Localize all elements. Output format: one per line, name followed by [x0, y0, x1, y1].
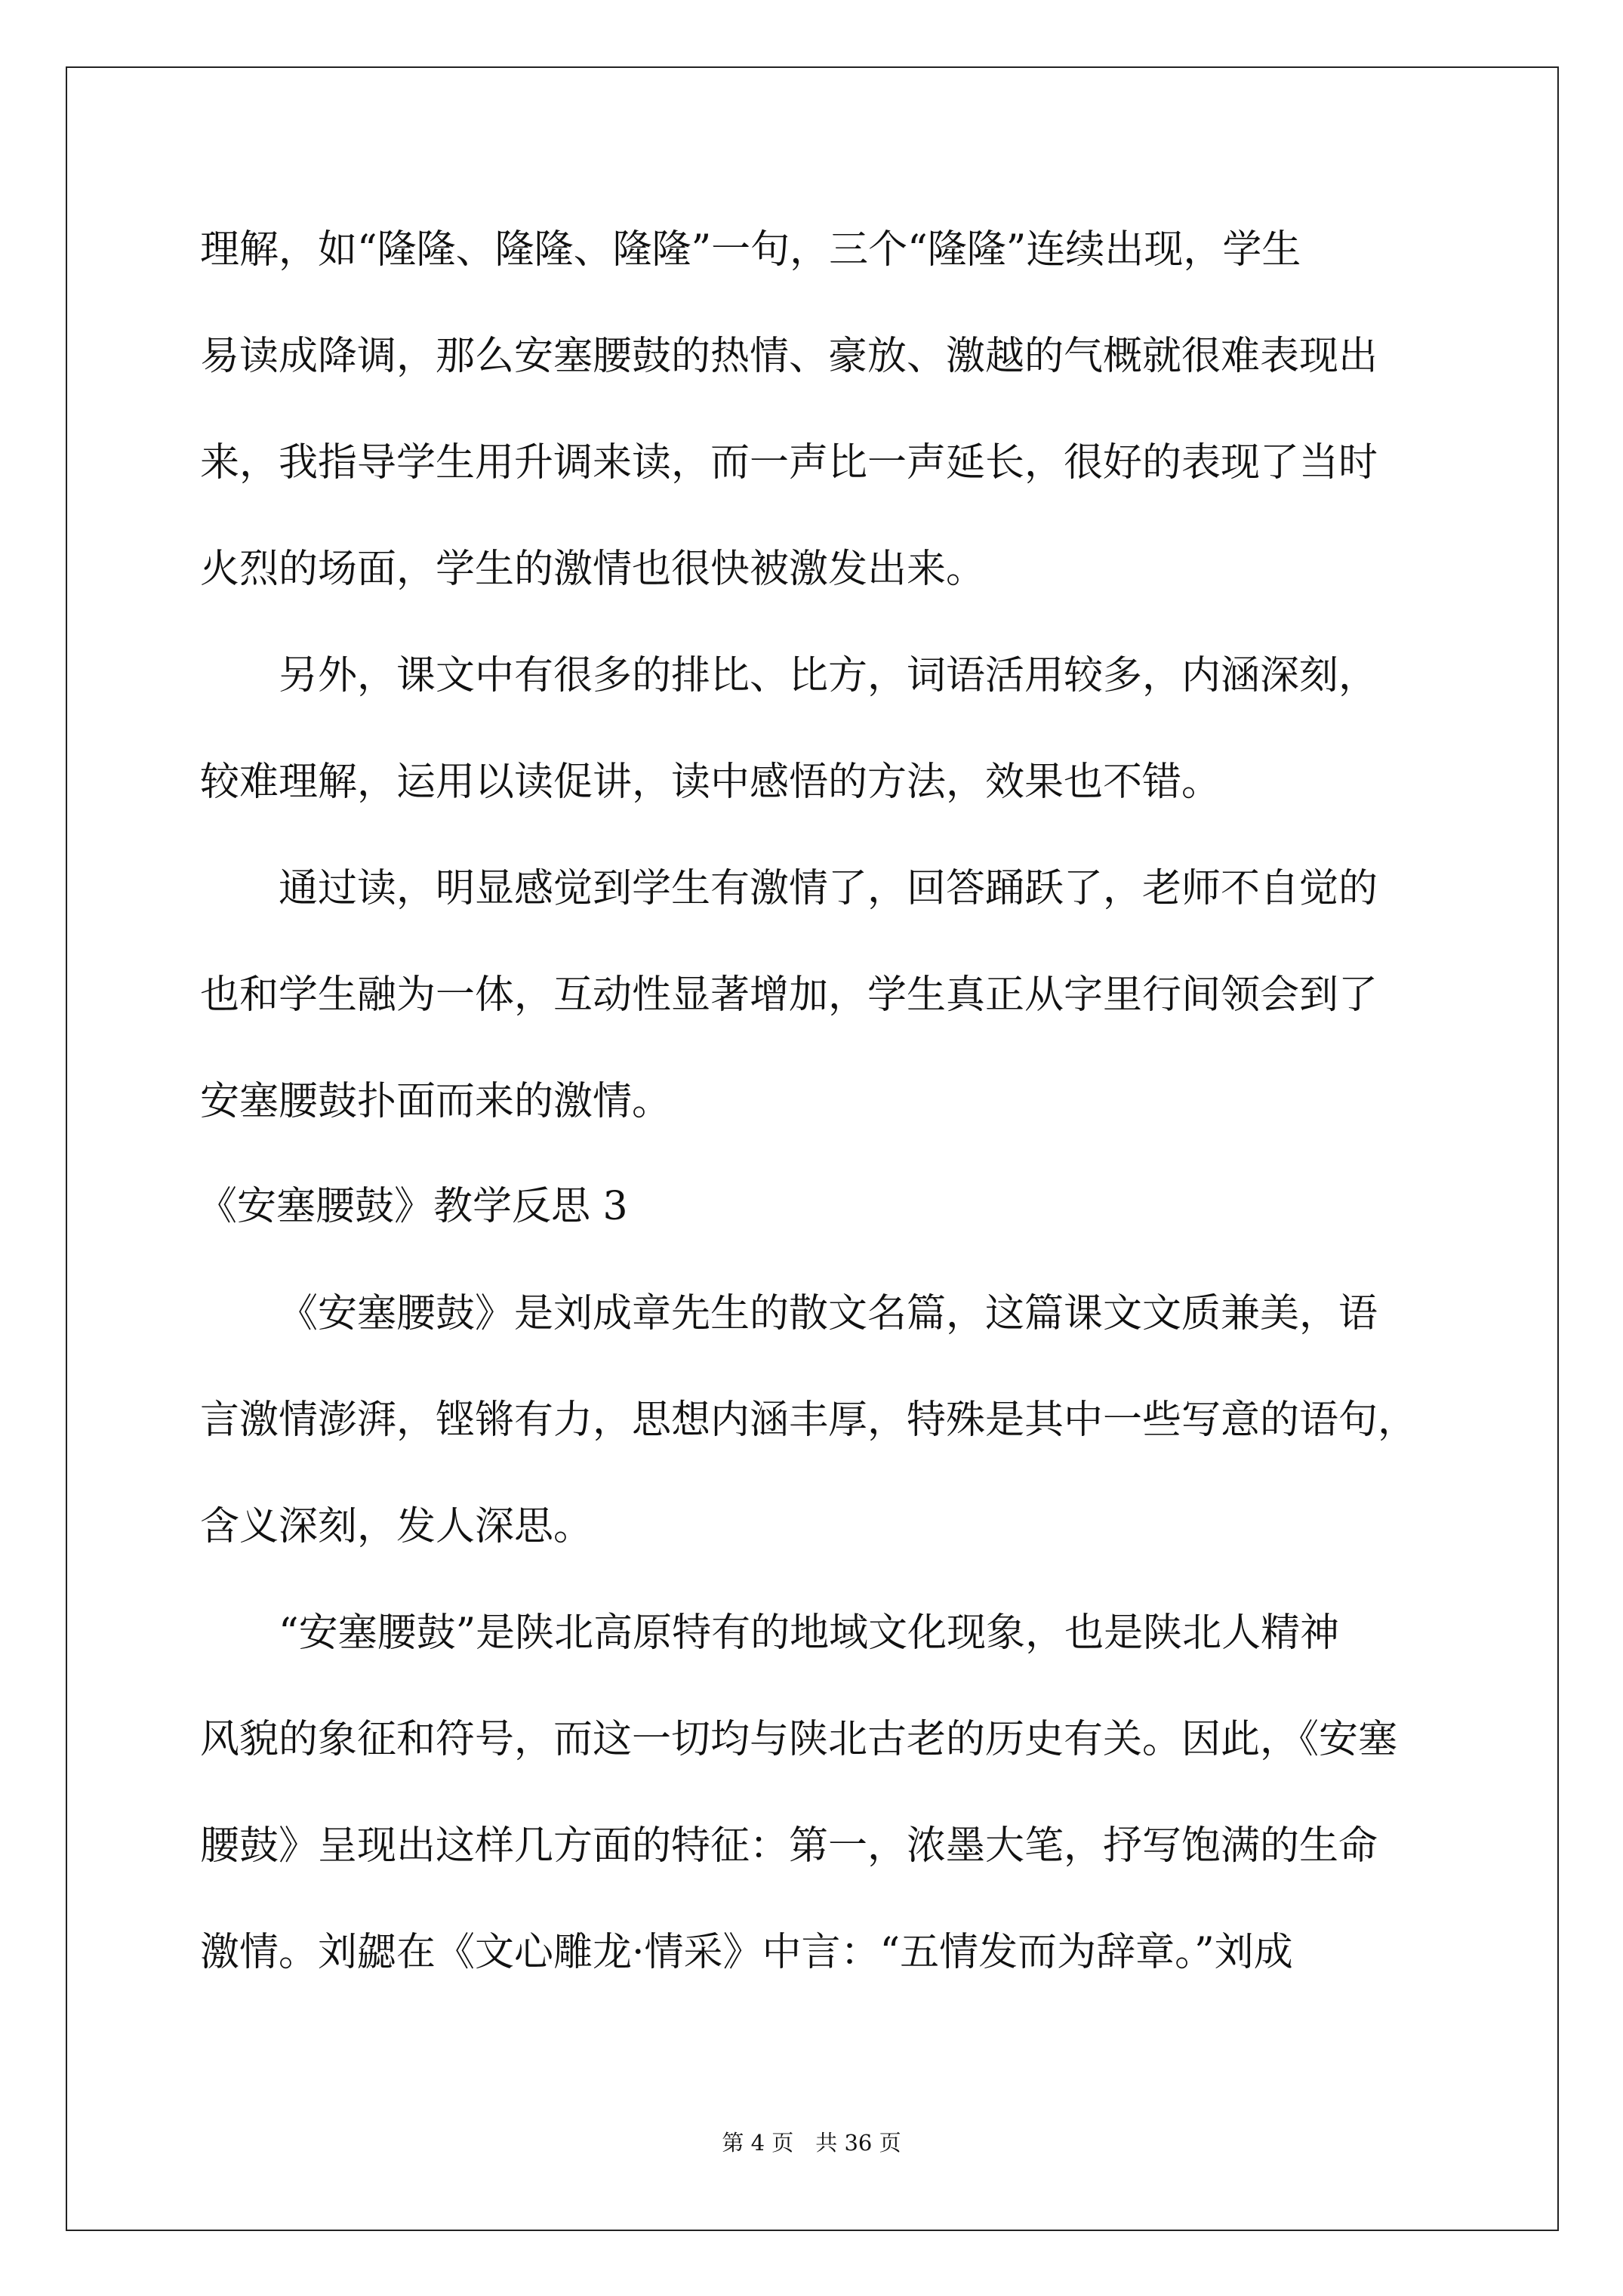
paragraph-line: 较难理解，运用以读促讲，读中感悟的方法，效果也不错。 [200, 760, 1221, 805]
paragraph-line: 来，我指导学生用升调来读，而一声比一声延长，很好的表现了当时 [200, 440, 1378, 485]
paragraph-line: 火烈的场面，学生的激情也很快被激发出来。 [200, 547, 985, 592]
paragraph-line: 也和学生融为一体，互动性显著增加，学生真正从字里行间领会到了 [200, 972, 1378, 1018]
paragraph-line: 理解，如“隆隆、隆隆、隆隆”一句，三个“隆隆”连续出现，学生 [200, 227, 1301, 273]
paragraph-line: 安塞腰鼓扑面而来的激情。 [200, 1079, 671, 1124]
paragraph-line: 激情。刘勰在《文心雕龙·情采》中言：“五情发而为辞章。”刘成 [200, 1930, 1293, 1975]
paragraph-line: 另外，课文中有很多的排比、比方，词语活用较多，内涵深刻， [279, 653, 1378, 698]
paragraph-line: 通过读，明显感觉到学生有激情了，回答踊跃了，老师不自觉的 [279, 866, 1378, 911]
paragraph-line: 风貌的象征和符号，而这一切均与陕北古老的历史有关。因此，《安塞 [200, 1717, 1397, 1762]
page-frame [66, 66, 1559, 2231]
section-heading: 《安塞腰鼓》教学反思 3 [198, 1184, 628, 1229]
paragraph-line: 易读成降调，那么安塞腰鼓的热情、豪放、激越的气概就很难表现出 [200, 334, 1378, 379]
paragraph-line: 言激情澎湃，铿锵有力，思想内涵丰厚，特殊是其中一些写意的语句， [200, 1398, 1417, 1443]
page-number-footer: 第 4 页 共 36 页 [0, 2128, 1623, 2158]
paragraph-line: “安塞腰鼓”是陕北高原特有的地域文化现象，也是陕北人精神 [279, 1610, 1339, 1656]
paragraph-line: 《安塞腰鼓》是刘成章先生的散文名篇，这篇课文文质兼美，语 [279, 1291, 1378, 1336]
paragraph-line: 腰鼓》呈现出这样几方面的特征：第一，浓墨大笔，抒写饱满的生命 [200, 1823, 1378, 1869]
paragraph-line: 含义深刻，发人深思。 [200, 1504, 593, 1549]
